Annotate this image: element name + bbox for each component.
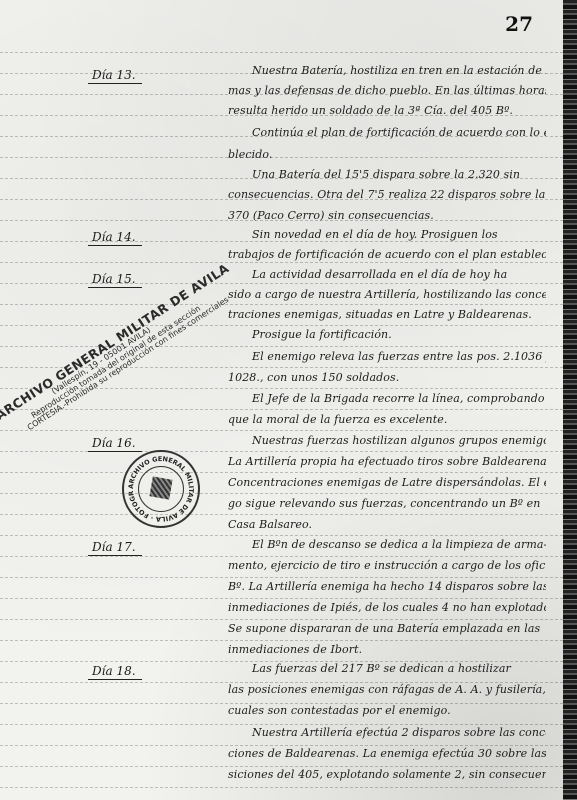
ruled-line (0, 304, 563, 305)
ruled-line (0, 556, 563, 557)
ruled-line (0, 598, 563, 599)
ruled-line (0, 514, 563, 515)
archive-stamp: ARCHIVO GENERAL MILITAR DE AVILA (Valles… (0, 261, 245, 443)
ruled-line (0, 325, 563, 326)
day-label: Día 14. (88, 230, 142, 246)
day-label: Día 17. (88, 540, 142, 556)
archive-stamp-reproduction: Reproducción tomada del original de esta… (5, 279, 240, 436)
handwritten-line: resulta herido un soldado de la 3ª Cía. … (228, 104, 546, 117)
handwritten-line: sido a cargo de nuestra Artillería, host… (228, 288, 546, 301)
handwritten-line: Prosigue la fortificación. (228, 328, 546, 341)
day-label: Día 13. (88, 68, 142, 84)
handwritten-line: La actividad desarrollada en el día de h… (228, 268, 546, 281)
handwritten-line: Se supone dispararan de una Batería empl… (228, 622, 546, 635)
ruled-line (0, 241, 563, 242)
ruled-line (0, 262, 563, 263)
ruled-line (0, 430, 563, 431)
ruled-line (0, 577, 563, 578)
handwritten-line: El Jefe de la Brigada recorre la línea, … (228, 392, 546, 405)
handwritten-line: mento, ejercicio de tiro e instrucción a… (228, 559, 546, 572)
handwritten-line: Nuestra Batería, hostiliza en tren en la… (228, 64, 546, 77)
handwritten-line: 1028., con unos 150 soldados. (228, 371, 546, 384)
handwritten-line: Concentraciones enemigas de Latre disper… (228, 476, 546, 489)
ruled-line (0, 409, 563, 410)
ruled-line (0, 283, 563, 284)
day-label: Día 15. (88, 272, 142, 288)
handwritten-line: 370 (Paco Cerro) sin consecuencias. (228, 209, 546, 222)
handwritten-line: El Bºn de descanso se dedica a la limpie… (228, 538, 546, 551)
handwritten-line: Continúa el plan de fortificación de acu… (228, 126, 546, 139)
ruled-line (0, 745, 563, 746)
ruled-line (0, 724, 563, 725)
archive-seal: ARCHIVO GENERAL MILITAR DE AVILA · FOTOG… (122, 450, 200, 528)
handwritten-line: blecido. (228, 148, 546, 161)
handwritten-line: El enemigo releva las fuerzas entre las … (228, 350, 546, 363)
ruled-line (0, 766, 563, 767)
handwritten-line: Sin novedad en el día de hoy. Prosiguen … (228, 228, 546, 241)
handwritten-line: inmediaciones de Ipiés, de los cuales 4 … (228, 601, 546, 614)
handwritten-line: Nuestra Artillería efectúa 2 disparos so… (228, 726, 546, 739)
handwritten-line: inmediaciones de Ibort. (228, 643, 546, 656)
handwritten-line: Una Batería del 15'5 dispara sobre la 2.… (228, 168, 546, 181)
handwritten-line: Nuestras fuerzas hostilizan algunos grup… (228, 434, 546, 447)
handwritten-line: traciones enemigas, situadas en Latre y … (228, 308, 546, 321)
handwritten-line: Las fuerzas del 217 Bº se dedican a host… (228, 662, 546, 675)
handwritten-line: ciones de Baldearenas. La enemiga efectú… (228, 747, 546, 760)
handwritten-line: las posiciones enemigas con ráfagas de A… (228, 683, 546, 696)
ruled-line (0, 346, 563, 347)
ruled-line (0, 451, 563, 452)
handwritten-line: consecuencias. Otra del 7'5 realiza 22 d… (228, 188, 546, 201)
ruled-line (0, 787, 563, 788)
scanned-page-edge (563, 0, 577, 800)
ruled-line (0, 472, 563, 473)
ruled-line (0, 493, 563, 494)
handwritten-line: siciones del 405, explotando solamente 2… (228, 768, 546, 781)
handwritten-line: Bº. La Artillería enemiga ha hecho 14 di… (228, 580, 546, 593)
ruled-line (0, 619, 563, 620)
handwritten-line: Casa Balsareo. (228, 518, 546, 531)
ruled-line (0, 640, 563, 641)
handwritten-line: que la moral de la fuerza es excelente. (228, 413, 546, 426)
archive-stamp-address: (Vallespín, 19 - 05001 AVILA) (0, 272, 235, 429)
page-number: 27 (505, 12, 533, 36)
coat-of-arms-icon (149, 476, 172, 499)
handwritten-line: mas y las defensas de dicho pueblo. En l… (228, 84, 546, 97)
handwritten-line: trabajos de fortificación de acuerdo con… (228, 248, 546, 261)
archive-stamp-courtesy: CORTESIA.-Prohibida su reproducción con … (9, 286, 244, 443)
handwritten-line: go sigue relevando sus fuerzas, concentr… (228, 497, 546, 510)
handwritten-line: cuales son contestadas por el enemigo. (228, 704, 546, 717)
document-page: 27 Día 13.Nuestra Batería, hostiliza en … (0, 0, 563, 800)
ruled-line (0, 535, 563, 536)
day-label: Día 16. (88, 436, 142, 452)
day-label: Día 18. (88, 664, 142, 680)
handwritten-line: La Artillería propia ha efectuado tiros … (228, 455, 546, 468)
ruled-line (0, 52, 563, 53)
